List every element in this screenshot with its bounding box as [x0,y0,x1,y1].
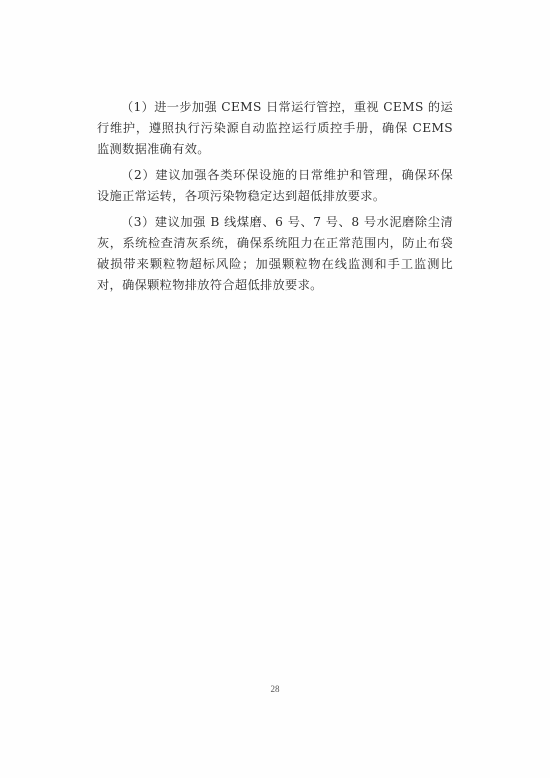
page-number: 28 [0,684,550,694]
document-page: （1）进一步加强 CEMS 日常运行管控，重视 CEMS 的运行维护，遵照执行污… [0,0,550,778]
page-content: （1）进一步加强 CEMS 日常运行管控，重视 CEMS 的运行维护，遵照执行污… [97,97,453,301]
recommendation-paragraph-2: （2）建议加强各类环保设施的日常维护和管理，确保环保设施正常运转，各项污染物稳定… [97,165,453,207]
recommendation-paragraph-3: （3）建议加强 B 线煤磨、6 号、7 号、8 号水泥磨除尘清灰，系统检查清灰系… [97,212,453,296]
recommendation-paragraph-1: （1）进一步加强 CEMS 日常运行管控，重视 CEMS 的运行维护，遵照执行污… [97,97,453,160]
